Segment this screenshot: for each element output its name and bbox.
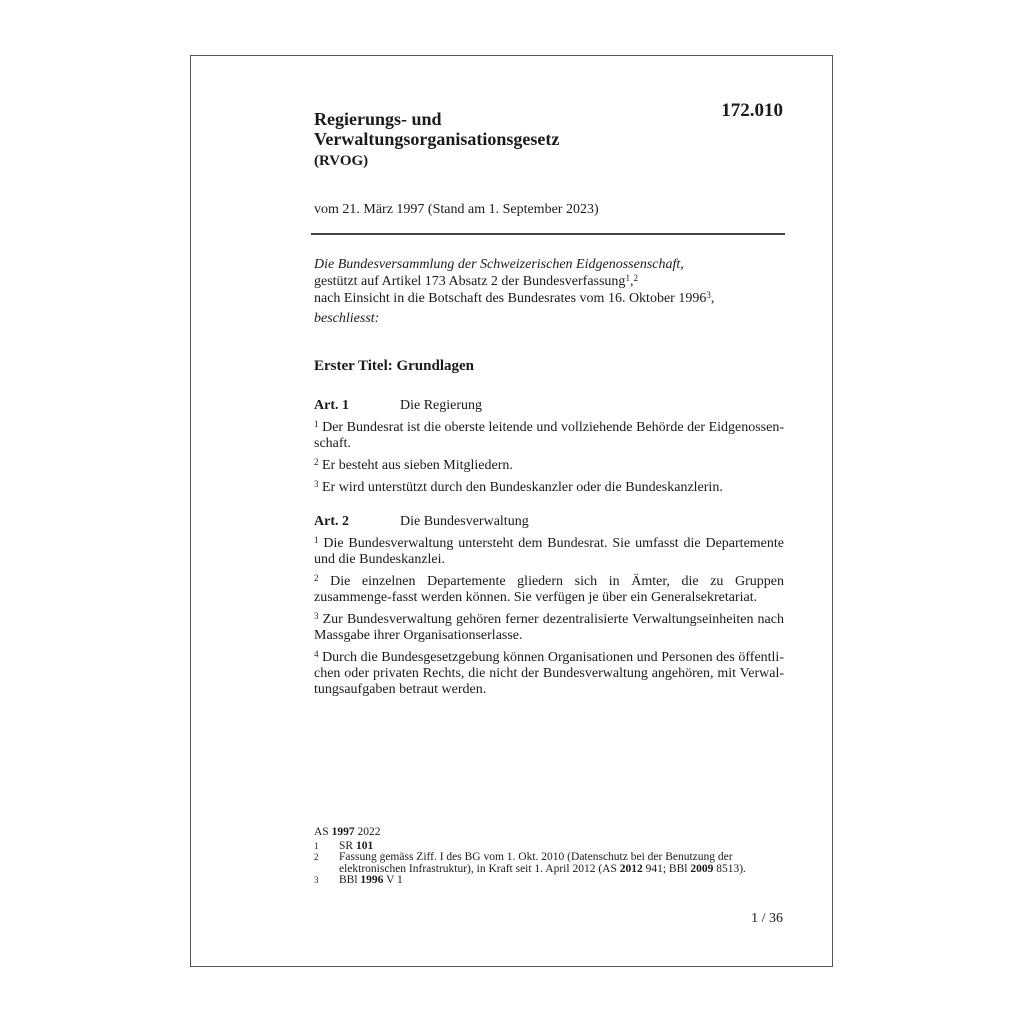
paragraph-number: 2 bbox=[314, 457, 319, 467]
preamble-message: nach Einsicht in die Botschaft des Bunde… bbox=[314, 290, 714, 307]
preamble: Die Bundesversammlung der Schweizerische… bbox=[314, 256, 714, 327]
document-page: 172.010 Regierungs- und Verwaltungsorgan… bbox=[190, 55, 833, 967]
article-1: Art. 1Die Regierung1 Der Bundesrat ist d… bbox=[314, 398, 784, 502]
footnotes: AS 1997 2022 1SR 1012Fassung gemäss Ziff… bbox=[314, 827, 784, 887]
preamble-message-text: nach Einsicht in die Botschaft des Bunde… bbox=[314, 291, 706, 306]
article-heading: Art. 1Die Regierung bbox=[314, 398, 784, 418]
document-abbreviation: (RVOG) bbox=[314, 153, 368, 170]
as-prefix: AS bbox=[314, 826, 329, 838]
article-number[interactable]: Art. 2 bbox=[314, 514, 349, 530]
paragraph-number: 1 bbox=[314, 419, 319, 429]
footnote-number: 1 bbox=[314, 841, 339, 853]
document-title: Regierungs- und Verwaltungsorganisations… bbox=[314, 109, 559, 149]
title-line-2: Verwaltungsorganisationsgesetz bbox=[314, 129, 559, 149]
paragraph-number: 1 bbox=[314, 535, 319, 545]
article-heading: Art. 2Die Bundesverwaltung bbox=[314, 514, 784, 534]
paragraph-number: 4 bbox=[314, 649, 319, 659]
official-collection-ref: AS 1997 2022 bbox=[314, 827, 784, 839]
article-title: Die Regierung bbox=[400, 398, 482, 414]
as-page: 2022 bbox=[357, 826, 380, 838]
article-paragraph: 2 Die einzelnen Departemente gliedern si… bbox=[314, 574, 784, 606]
footnote-number: 2 bbox=[314, 852, 339, 875]
footnote: 2Fassung gemäss Ziff. I des BG vom 1. Ok… bbox=[314, 852, 784, 875]
title-line-1: Regierungs- und bbox=[314, 109, 559, 129]
paragraph-number: 3 bbox=[314, 479, 319, 489]
header-rule bbox=[311, 233, 785, 235]
footnote-ref-2[interactable]: 2 bbox=[633, 273, 638, 283]
footnote: 3BBl 1996 V 1 bbox=[314, 875, 784, 887]
footnote-number: 3 bbox=[314, 875, 339, 887]
date-line: vom 21. März 1997 (Stand am 1. September… bbox=[314, 202, 599, 218]
preamble-resolves: beschliesst: bbox=[314, 310, 714, 327]
article-number[interactable]: Art. 1 bbox=[314, 398, 349, 414]
article-paragraph: 4 Durch die Bundesgesetzgebung können Or… bbox=[314, 650, 784, 698]
article-paragraph: 3 Zur Bundesverwaltung gehören ferner de… bbox=[314, 612, 784, 644]
section-title: Erster Titel: Grundlagen bbox=[314, 358, 474, 375]
article-paragraph: 3 Er wird unterstützt durch den Bundeska… bbox=[314, 480, 784, 496]
article-paragraph: 1 Die Bundesverwaltung untersteht dem Bu… bbox=[314, 536, 784, 568]
footnote-text: BBl 1996 V 1 bbox=[339, 875, 784, 887]
paragraph-number: 2 bbox=[314, 573, 319, 583]
footnote-text: Fassung gemäss Ziff. I des BG vom 1. Okt… bbox=[339, 852, 784, 875]
article-2: Art. 2Die Bundesverwaltung1 Die Bundesve… bbox=[314, 514, 784, 704]
footnote-list: 1SR 1012Fassung gemäss Ziff. I des BG vo… bbox=[314, 841, 784, 887]
sr-number: 172.010 bbox=[721, 100, 783, 122]
preamble-basis-text: gestützt auf Artikel 173 Absatz 2 der Bu… bbox=[314, 274, 625, 289]
preamble-enacting-body: Die Bundesversammlung der Schweizerische… bbox=[314, 256, 714, 273]
separator: , bbox=[711, 291, 715, 306]
paragraph-number: 3 bbox=[314, 611, 319, 621]
as-year: 1997 bbox=[332, 826, 355, 838]
article-title: Die Bundesverwaltung bbox=[400, 514, 529, 530]
article-paragraph: 1 Der Bundesrat ist die oberste leitende… bbox=[314, 420, 784, 452]
page-number: 1 / 36 bbox=[721, 911, 783, 927]
preamble-basis: gestützt auf Artikel 173 Absatz 2 der Bu… bbox=[314, 273, 714, 290]
article-paragraph: 2 Er besteht aus sieben Mitgliedern. bbox=[314, 458, 784, 474]
